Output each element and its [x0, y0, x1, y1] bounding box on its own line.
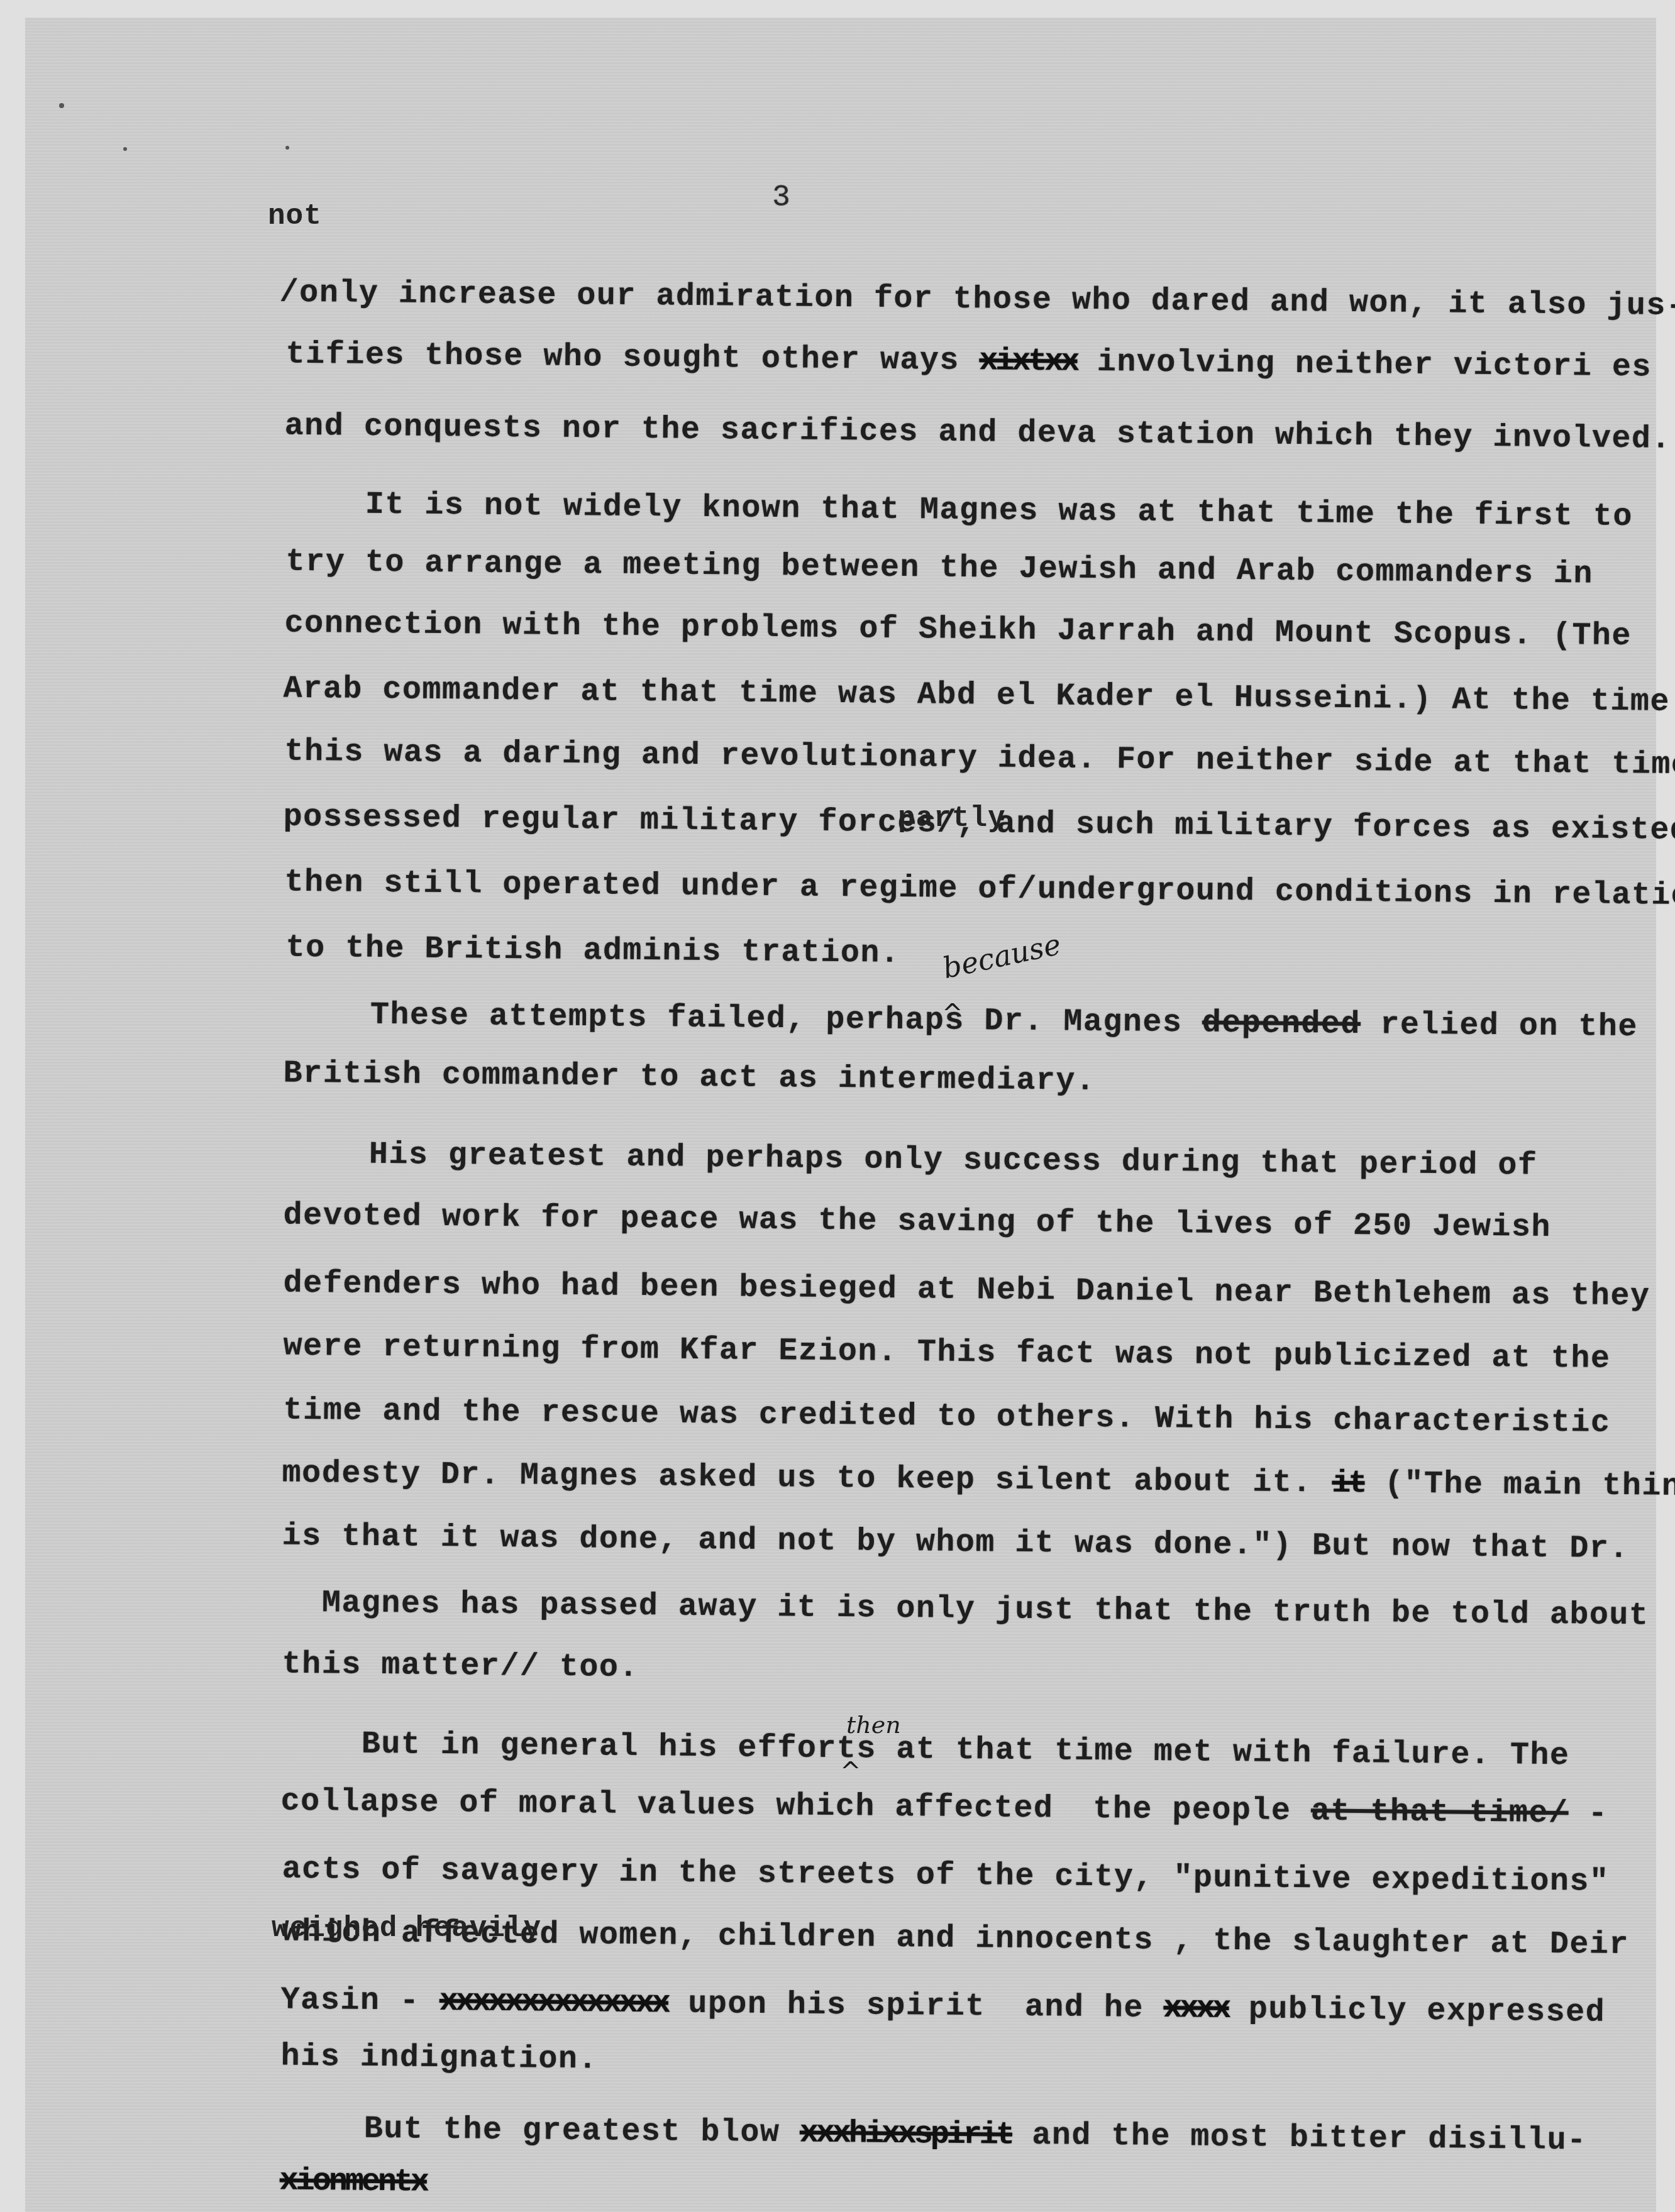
line-text: relied on the [1361, 1007, 1639, 1045]
insert-not: not [268, 200, 322, 233]
insert-weighed-heavily: weighed heavily [272, 1912, 541, 1945]
line-text: - [1568, 1796, 1608, 1832]
line-text: tifies those who sought other ways [285, 337, 979, 380]
text-line: to the British adminis tration. [246, 894, 900, 972]
struck-text: xixtxx [979, 343, 1078, 380]
scan-speck [123, 147, 127, 151]
text-line: But the greatest blow xxxhixxspirit and … [245, 2074, 1587, 2159]
insert-partly: partly [898, 802, 1006, 835]
handwritten-then: then [846, 1711, 901, 1739]
line-text: publicly expressed [1229, 1991, 1605, 2031]
line-text: his indignation. [280, 2039, 598, 2078]
line-text: involving neither victori es [1077, 344, 1652, 386]
struck-text: xxxx [1163, 1991, 1229, 2027]
struck-text: xionmentx [279, 2164, 427, 2201]
text-line: and conquests nor the sacrifices and dev… [245, 372, 1671, 458]
line-text: upon his spirit and he [668, 1986, 1164, 2027]
text-line: tifies those who sought other ways xixtx… [246, 300, 1652, 385]
struck-text: xxxhixxspirit [800, 2115, 1013, 2153]
struck-text: depended [1202, 1006, 1361, 1043]
text-line: this matter// too. [242, 1610, 639, 1686]
scan-speck [285, 146, 289, 150]
text-line: xionmentx [240, 2127, 427, 2201]
text-line: British commander to act as intermediary… [243, 1020, 1096, 1099]
scan-speck [59, 103, 64, 108]
line-text: this matter// too. [282, 1647, 639, 1686]
page-number: 3 [772, 181, 791, 215]
text-line: his indignation. [241, 2003, 598, 2077]
line-text: and the most bitter disillu- [1012, 2118, 1587, 2159]
